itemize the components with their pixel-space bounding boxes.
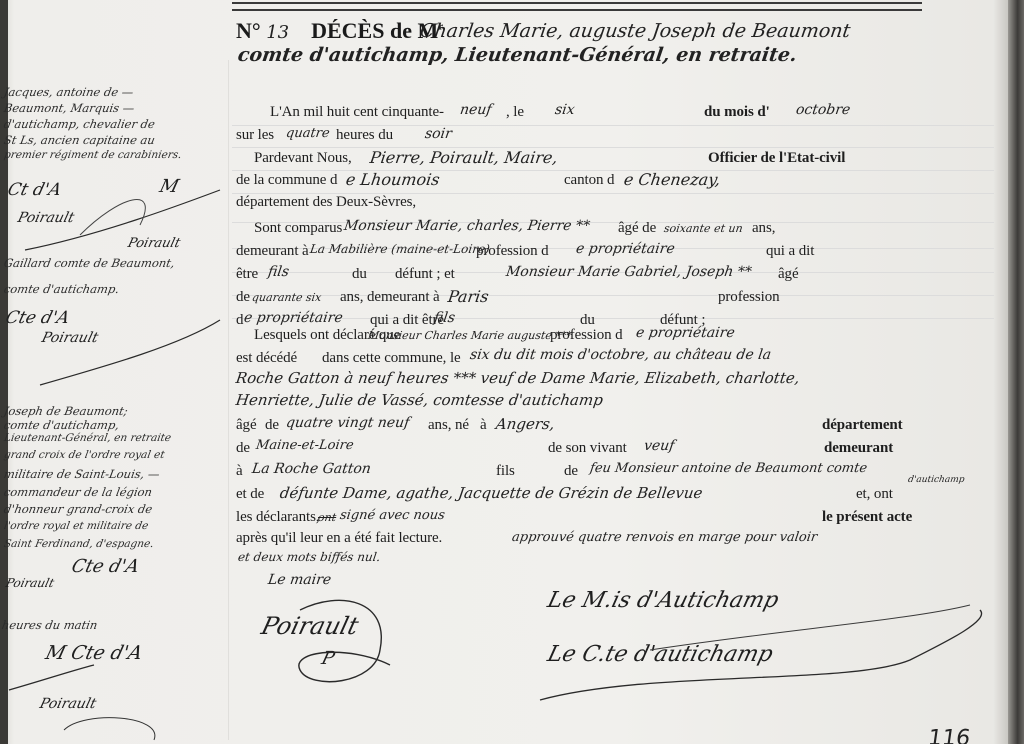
margin-note-line: comte d'autichamp, (3, 418, 121, 432)
witness2-age: quarante six (251, 291, 322, 304)
guide-line (232, 147, 994, 148)
text-age-15: âgé (236, 417, 257, 434)
text-fils: fils (496, 463, 515, 480)
hour-value: quatre (285, 126, 331, 141)
text-du-mois: du mois d' (704, 104, 770, 121)
signed-note: signé avec nous (339, 508, 446, 523)
margin-note-line: Joseph de Beaumont; (3, 404, 129, 418)
margin-note-line: Beaumont, Marquis — (3, 101, 136, 115)
officer-name: Pierre, Poirault, Maire, (369, 148, 559, 167)
text-sur-les: sur les (236, 127, 274, 144)
text-a-17: à (236, 463, 243, 480)
year-value: neuf (459, 102, 493, 118)
commune-value: e Lhoumois (345, 170, 441, 189)
margin-paraph-4: M Cte d'A (43, 642, 145, 664)
text-demeurant: demeurant à (236, 243, 309, 260)
birth-department: Maine-et-Loire (255, 438, 355, 453)
deceased-name-line2: comte d'autichamp, Lieutenant-Général, e… (236, 44, 798, 66)
father-name: feu Monsieur antoine de Beaumont comte (589, 461, 868, 476)
father-name-note: d'autichamp (907, 475, 965, 485)
canton-value: e Chenezay, (623, 170, 722, 189)
margin-separator (228, 60, 229, 740)
text-present-acte: le présent acte (822, 509, 912, 526)
witness1-name: Monsieur Marie, charles, Pierre ** (343, 218, 591, 234)
declarant2-signature: Le C.te d'autichamp (545, 642, 776, 667)
text-et-ont: et, ont (856, 486, 893, 503)
day-value: six (554, 102, 576, 118)
margin-note-line: grand croix de l'ordre royal et (3, 449, 166, 461)
margin-paraph-1b: M (157, 176, 181, 197)
text-dans-cette-commune: dans cette commune, le (322, 350, 461, 367)
margin-paraph-2-signer: Poirault (40, 330, 100, 346)
margin-paraph-3-signer: Poirault (4, 576, 55, 590)
top-double-rule (232, 2, 922, 11)
text-age: âgé (778, 266, 799, 283)
margin-paraph-1-signer: Poirault (16, 210, 76, 226)
margin-note-line: St Ls, ancien capitaine au (3, 133, 156, 147)
text-heures-du: heures du (336, 127, 393, 144)
approval-note-2: et deux mots biffés nul. (237, 550, 381, 564)
marital-status: veuf (643, 438, 676, 454)
death-place: Roche Gatton à neuf heures *** veuf de D… (235, 369, 801, 387)
margin-note-line: Saint Ferdinand, d'espagne. (3, 538, 155, 550)
margin-paraph-3: Cte d'A (69, 556, 141, 577)
margin-paraph-1-signer2: Poirault (126, 236, 182, 251)
text-pardevant: Pardevant Nous, (254, 150, 352, 167)
text-de-son-vivant: de son vivant (548, 440, 627, 457)
margin-note-line: Lieutenant-Général, en retraite (3, 432, 172, 444)
death-date: six du dit mois d'octobre, au château de… (469, 347, 772, 363)
witness1-age: soixante et un (663, 222, 743, 235)
text-et-de: et de (236, 486, 264, 503)
text-canton: canton d (564, 172, 614, 189)
approval-note: approuvé quatre renvois en marge pour va… (511, 530, 818, 545)
text-d: d (236, 312, 243, 329)
text-age-de: âgé de (618, 220, 656, 237)
mayor-paraph: P (319, 648, 336, 669)
margin-paraph-4-signer: Poirault (38, 696, 98, 712)
mother-name: défunte Dame, agathe, Jacquette de Grézi… (279, 484, 704, 502)
deceased-name-line1: Charles Marie, auguste Joseph de Beaumon… (418, 20, 851, 42)
text-ans-ne: ans, né (428, 417, 469, 434)
margin-note-line: premier régiment de carabiniers. (3, 149, 183, 161)
text-commune: de la commune d (236, 172, 337, 189)
register-page: N° 13 DÉCÈS de Mr. Charles Marie, august… (0, 0, 1024, 744)
margin-note-line: militaire de Saint-Louis, — (3, 467, 161, 481)
witness2-residence: Paris (447, 287, 490, 306)
margin-note-line: Gaillard comte de Beaumont, (3, 256, 176, 270)
text-qui-a-dit: qui a dit (766, 243, 814, 260)
witness2-profession: e propriétaire (243, 310, 344, 326)
text-les-declarants: les déclarants, (236, 509, 319, 526)
spouse-name: Henriette, Julie de Vassé, comtesse d'au… (235, 391, 604, 409)
margin-flourish-4 (4, 650, 204, 744)
month-value: octobre (795, 102, 852, 118)
text-de-17: de (564, 463, 578, 480)
deceased-profession: e propriétaire (635, 325, 736, 341)
text-demeurant-2: demeurant (824, 440, 893, 457)
number-label: N° (236, 18, 261, 43)
text-officier: Officier de l'Etat-civil (708, 150, 845, 167)
struck-word: ont (317, 511, 337, 524)
margin-paraph-2: Cte d'A (4, 308, 72, 328)
text-year-prefix: L'An mil huit cent cinquante- (270, 104, 444, 121)
deceased-age: quatre vingt neuf (285, 415, 411, 431)
text-ans-demeurant: ans, demeurant à (340, 289, 440, 306)
page-number: 116 (926, 726, 972, 744)
witness2-name: Monsieur Marie Gabriel, Joseph ** (505, 264, 753, 280)
guide-line (232, 318, 994, 319)
mayor-signature: Poirault (259, 612, 362, 640)
margin-note-4: heures du matin (1, 618, 99, 632)
right-binding-edge (1008, 0, 1024, 744)
margin-note-line: d'autichamp, chevalier de (3, 117, 156, 131)
text-departement-2: département (822, 417, 903, 434)
witness1-relation: fils (267, 264, 290, 280)
margin-note-line: Jacques, antoine de — (3, 85, 135, 99)
text-profession: profession d (476, 243, 549, 260)
text-a: à (480, 417, 487, 434)
period-value: soir (424, 126, 453, 142)
text-etre: être (236, 266, 258, 283)
text-apres-lecture: après qu'il leur en a été fait lecture. (236, 530, 442, 547)
birthplace: Angers, (495, 415, 556, 433)
mayor-title: Le maire (267, 572, 332, 588)
record-number: 13 (266, 22, 289, 43)
deceased-residence: La Roche Gatton (251, 461, 372, 477)
mayor-flourish (280, 590, 400, 700)
witness1-profession: e propriétaire (575, 241, 676, 257)
margin-note-line: d'honneur grand-croix de (3, 502, 154, 516)
guide-line (232, 125, 994, 126)
text-le: , le (506, 104, 524, 121)
margin-note-line: commandeur de la légion (3, 485, 153, 499)
text-de-16: de (236, 440, 250, 457)
witness1-residence: La Mabilière (maine-et-Loire) (309, 242, 491, 256)
record-heading: N° 13 DÉCÈS de Mr. (236, 18, 445, 44)
text-profession-3: profession d (550, 327, 623, 344)
margin-paraph-1: Ct d'A (6, 180, 64, 200)
margin-note-line: comte d'autichamp. (3, 282, 121, 296)
text-sont-comparus: Sont comparus (254, 220, 342, 237)
witness2-relation: fils (433, 310, 456, 326)
text-departement: département des Deux-Sèvres, (236, 194, 416, 211)
deceased-ref: Monsieur Charles Marie auguste *** (367, 329, 573, 342)
margin-note-line: l'ordre royal et militaire de (3, 520, 149, 532)
text-est-decede: est décédé (236, 350, 297, 367)
text-de-15: de (265, 417, 279, 434)
text-profession-2: profession (718, 289, 780, 306)
declarant1-signature: Le M.is d'Autichamp (545, 588, 781, 613)
text-de: de (236, 289, 250, 306)
text-du: du (352, 266, 367, 283)
text-ans: ans, (752, 220, 775, 237)
text-defunt-et: défunt ; et (395, 266, 455, 283)
